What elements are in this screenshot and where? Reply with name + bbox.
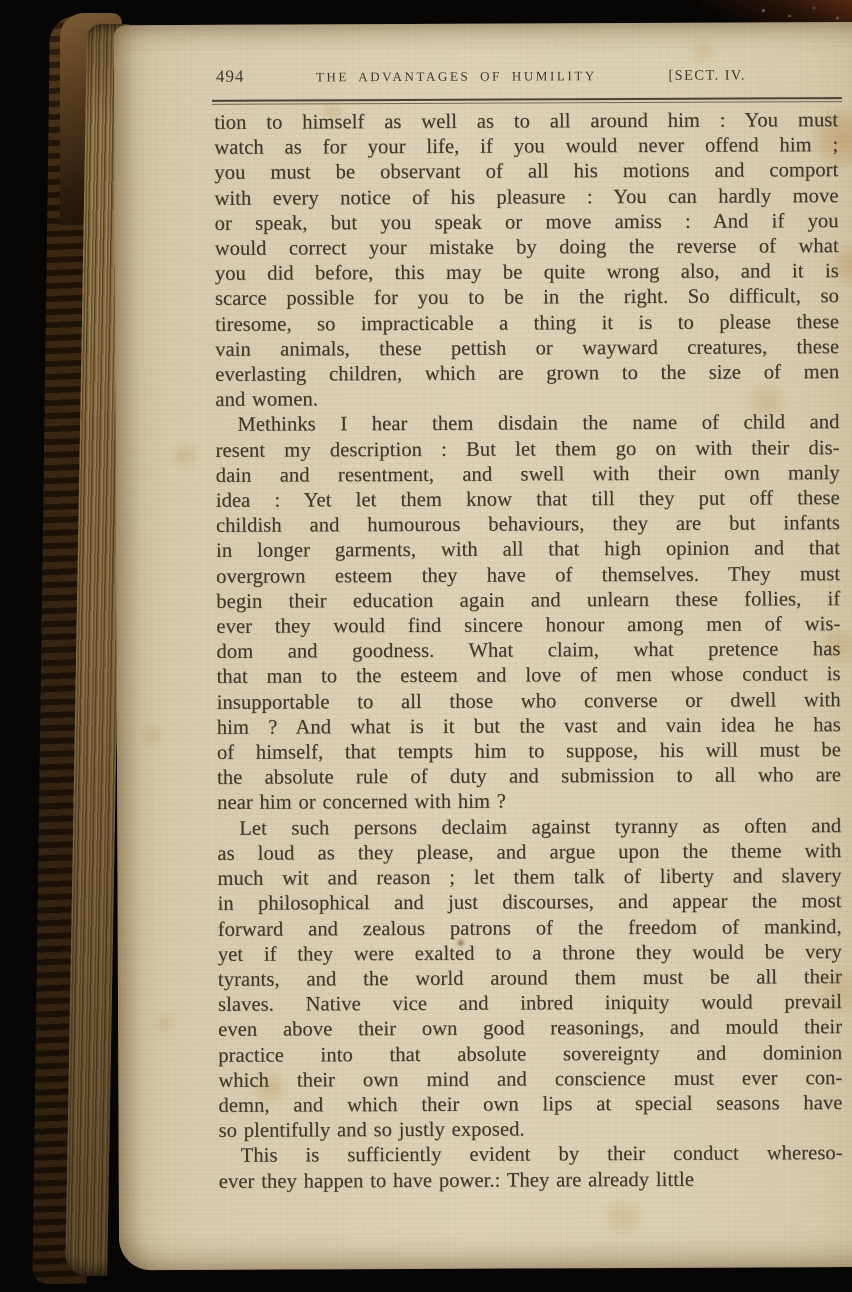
text-line: with every notice of his pleasure : You … (214, 184, 838, 212)
header-rule (212, 97, 842, 105)
text-line: demn, and which their own lips at specia… (218, 1091, 842, 1119)
text-line: dain and resentment, and swell with thei… (216, 461, 840, 489)
text-line: forward and zealous patrons of the freed… (218, 915, 842, 943)
text-line: you did before, this may be quite wrong … (215, 259, 839, 287)
dust-speck (813, 7, 815, 9)
text-line: in longer garments, with all that high o… (216, 537, 840, 565)
running-title: THE ADVANTAGES OF HUMILITY (316, 68, 597, 85)
text-line: or speak, but you speak or move amiss : … (215, 209, 839, 237)
text-line: scarce possible for you to be in the rig… (215, 285, 839, 313)
text-line: so plentifully and so justly exposed. (219, 1116, 843, 1144)
dust-speck (762, 9, 765, 12)
text-line: everlasting children, which are grown to… (215, 360, 839, 388)
dust-speck (788, 15, 791, 17)
foxing-spot (688, 41, 718, 63)
text-line: ever they would find sincere honour amon… (216, 612, 840, 640)
text-line: overgrown esteem they have of themselves… (216, 562, 840, 590)
paragraph: This is sufficiently evident by their co… (219, 1141, 843, 1194)
text-line: and women. (215, 385, 839, 413)
foxing-spot (141, 721, 163, 749)
text-line: ever they happen to have power.: They ar… (219, 1167, 843, 1195)
text-line: Methinks I hear them disdain the name of… (215, 411, 839, 439)
text-line: childish and humourous behaviours, they … (216, 511, 840, 539)
dust-speck (836, 17, 839, 19)
text-line: of himself, that tempts him to suppose, … (217, 738, 841, 766)
text-line: near him or concerned with him ? (217, 789, 841, 817)
text-line: as loud as they please, and argue upon t… (217, 839, 841, 867)
text-line: practice into that absolute sovereignty … (218, 1041, 842, 1069)
text-line: the absolute rule of duty and submission… (217, 763, 841, 791)
text-line: tion to himself as well as to all around… (214, 108, 838, 136)
text-line: Let such persons declaim against tyranny… (217, 814, 841, 842)
paragraph: Methinks I hear them disdain the name of… (215, 411, 841, 817)
text-line: idea : Yet let them know that till they … (216, 486, 840, 514)
text-line: which their own mind and conscience must… (218, 1066, 842, 1094)
text-line: insupportable to all those who converse … (217, 688, 841, 716)
text-line: yet if they were exalted to a throne the… (218, 940, 842, 968)
foxing-spot (172, 439, 198, 471)
text-line: tiresome, so impracticable a thing it is… (215, 310, 839, 338)
page-body-text: tion to himself as well as to all around… (214, 108, 843, 1194)
text-line: in philosophical and just discourses, an… (218, 889, 842, 917)
text-line: that man to the esteem and love of men w… (217, 663, 841, 691)
text-line: even above their own good reasonings, an… (218, 1015, 842, 1043)
text-line: vain animals, these pettish or wayward c… (215, 335, 839, 363)
page-header: 494 THE ADVANTAGES OF HUMILITY [SECT. IV… (216, 65, 746, 87)
paragraph: tion to himself as well as to all around… (214, 108, 839, 413)
foxing-spot (599, 1199, 647, 1235)
text-line: you must be observant of all his motions… (214, 159, 838, 187)
text-line: dom and goodness. What claim, what prete… (216, 637, 840, 665)
text-line: much wit and reason ; let them talk of l… (217, 864, 841, 892)
section-label: [SECT. IV. (668, 68, 746, 85)
foxing-spot (154, 1011, 176, 1035)
text-line: begin their education again and unlearn … (216, 587, 840, 615)
text-line: would correct your mistake by doing the … (215, 234, 839, 262)
page-number: 494 (216, 67, 245, 87)
book-page: 494 THE ADVANTAGES OF HUMILITY [SECT. IV… (114, 22, 852, 1270)
text-line: tyrants, and the world around them must … (218, 965, 842, 993)
paragraph: Let such persons declaim against tyranny… (217, 814, 842, 1144)
text-line: him ? And what is it but the vast and va… (217, 713, 841, 741)
backdrop: { "document": { "page_number": "494", "r… (0, 0, 852, 1292)
text-line: slaves. Native vice and inbred iniquity … (218, 990, 842, 1018)
text-line: watch as for your life, if you would nev… (214, 133, 838, 161)
text-line: resent my description : But let them go … (216, 436, 840, 464)
text-line: This is sufficiently evident by their co… (219, 1141, 843, 1169)
